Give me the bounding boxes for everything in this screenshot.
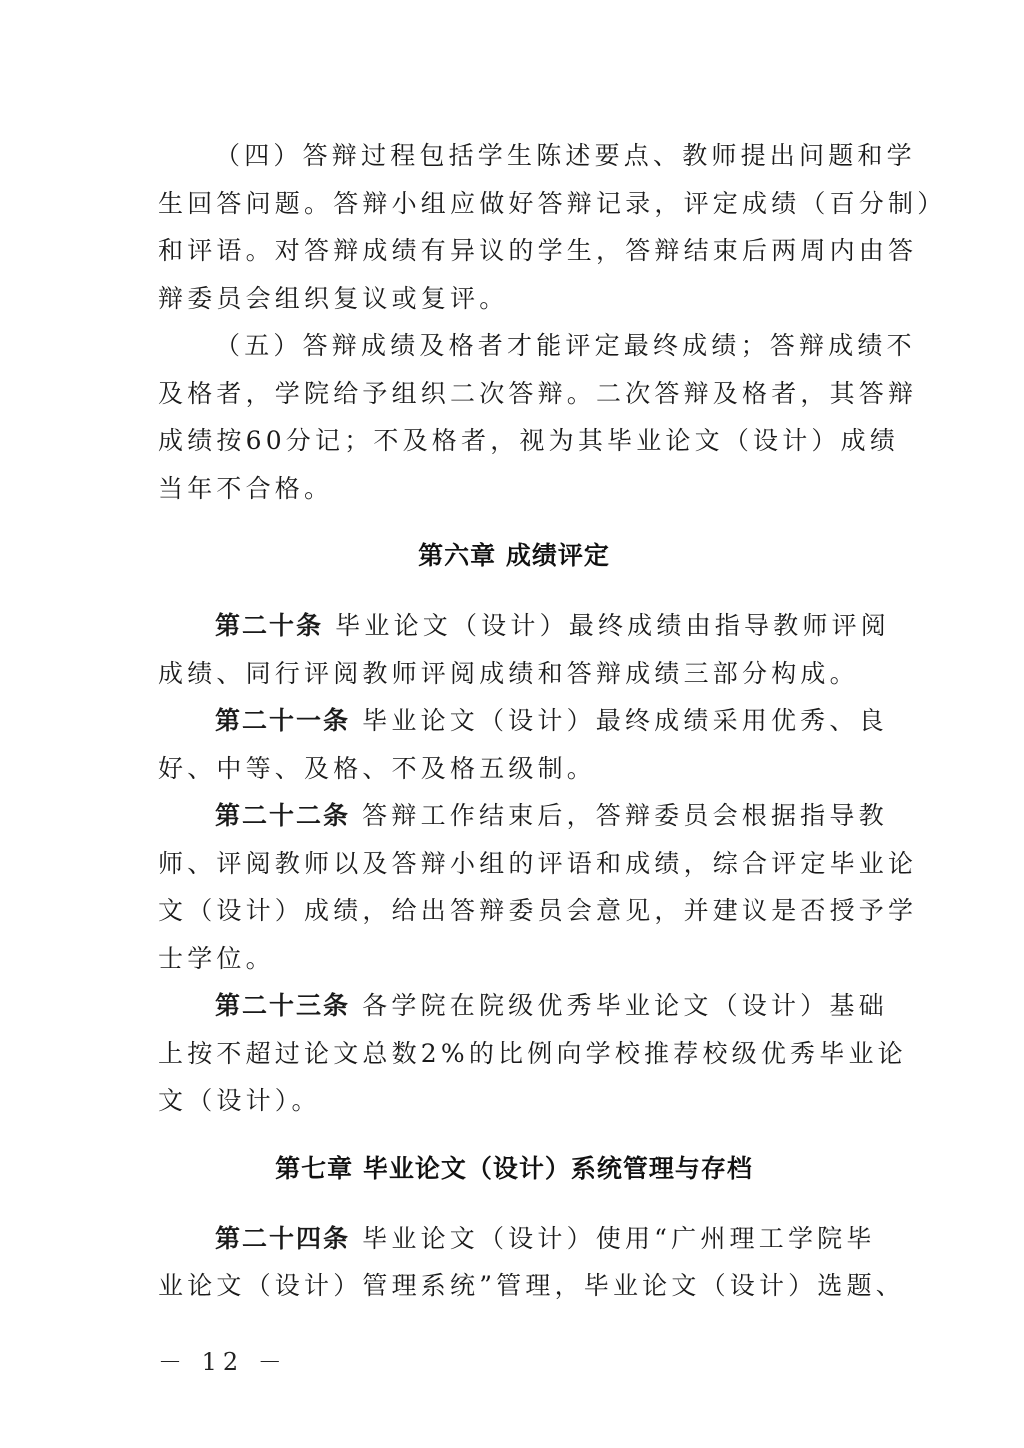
article-23-label: 第二十三条 [215,991,350,1020]
para-line: 辩委员会组织复议或复评。 [158,275,870,323]
article-24-text: 毕业论文（设计）使用“广州理工学院毕 [362,1224,875,1253]
page-number: － 12 － [158,1342,288,1377]
article-20-line: 第二十条 毕业论文（设计）最终成绩由指导教师评阅 [158,602,870,650]
para-line: 文（设计）成绩，给出答辩委员会意见，并建议是否授予学 [158,887,870,935]
para-line: 好、中等、及格、不及格五级制。 [158,745,870,793]
chapter-6-heading: 第六章 成绩评定 [158,520,870,592]
article-22-label: 第二十二条 [215,801,350,830]
article-21-label: 第二十一条 [215,706,350,735]
para-line: 上按不超过论文总数2%的比例向学校推荐校级优秀毕业论 [158,1030,870,1078]
para-line: 当年不合格。 [158,465,870,513]
para-line: 师、评阅教师以及答辩小组的评语和成绩，综合评定毕业论 [158,840,870,888]
para-line: 成绩按60分记；不及格者，视为其毕业论文（设计）成绩 [158,417,870,465]
para-line: 及格者，学院给予组织二次答辩。二次答辩及格者，其答辩 [158,370,870,418]
article-21-line: 第二十一条 毕业论文（设计）最终成绩采用优秀、良 [158,697,870,745]
article-23-line: 第二十三条 各学院在院级优秀毕业论文（设计）基础 [158,982,870,1030]
chapter-7-heading: 第七章 毕业论文（设计）系统管理与存档 [158,1133,870,1205]
para-line: 业论文（设计）管理系统”管理，毕业论文（设计）选题、 [158,1262,870,1310]
para-line: 成绩、同行评阅教师评阅成绩和答辩成绩三部分构成。 [158,650,870,698]
article-22-line: 第二十二条 答辩工作结束后，答辩委员会根据指导教 [158,792,870,840]
para-line: 士学位。 [158,935,870,983]
article-20-text: 毕业论文（设计）最终成绩由指导教师评阅 [335,611,890,640]
article-23-text: 各学院在院级优秀毕业论文（设计）基础 [362,991,888,1020]
para-line: （五）答辩成绩及格者才能评定最终成绩；答辩成绩不 [158,322,870,370]
article-20-label: 第二十条 [215,611,323,640]
para-line: （四）答辩过程包括学生陈述要点、教师提出问题和学 [158,132,870,180]
para-line: 文（设计）。 [158,1077,870,1125]
article-24-line: 第二十四条 毕业论文（设计）使用“广州理工学院毕 [158,1215,870,1263]
article-24-label: 第二十四条 [215,1224,350,1253]
para-line: 和评语。对答辩成绩有异议的学生，答辩结束后两周内由答 [158,227,870,275]
article-21-text: 毕业论文（设计）最终成绩采用优秀、良 [362,706,888,735]
para-line: 生回答问题。答辩小组应做好答辩记录，评定成绩（百分制） [158,180,870,228]
article-22-text: 答辩工作结束后，答辩委员会根据指导教 [362,801,888,830]
document-page: （四）答辩过程包括学生陈述要点、教师提出问题和学 生回答问题。答辩小组应做好答辩… [158,132,870,1310]
